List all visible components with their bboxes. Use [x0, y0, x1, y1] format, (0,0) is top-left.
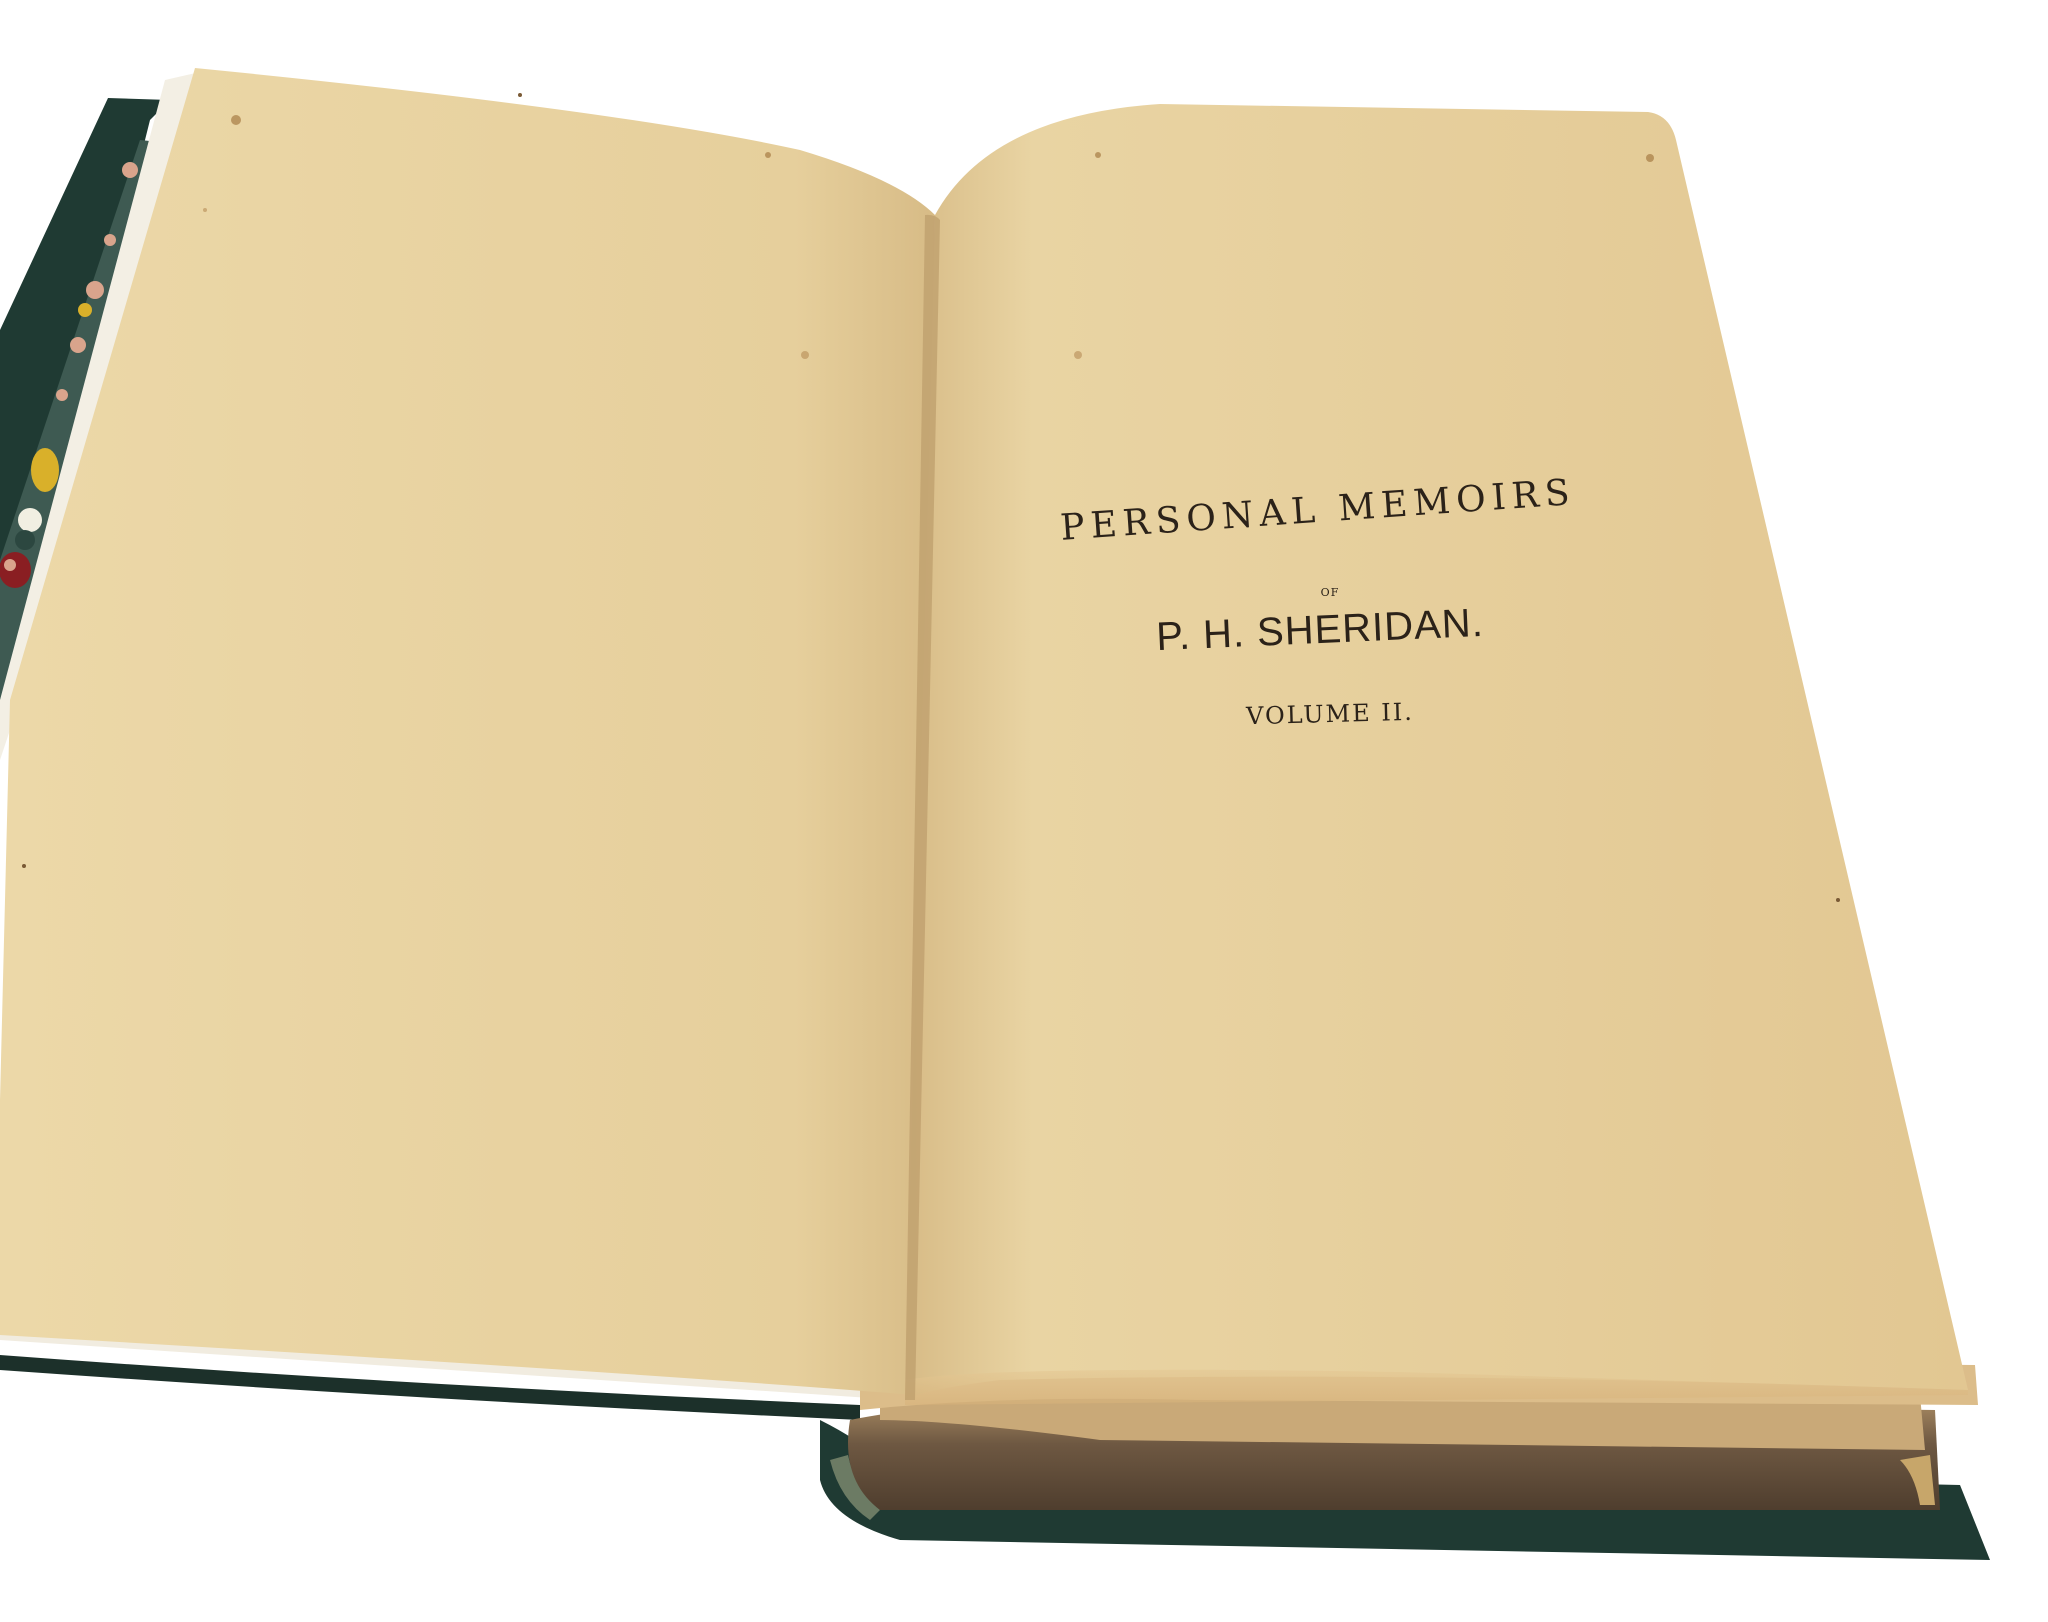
left-page [0, 68, 935, 1395]
book-photo: PERSONAL MEMOIRS OF P. H. SHERIDAN. VOLU… [0, 0, 2048, 1622]
book-illustration [0, 0, 2048, 1622]
right-page [905, 104, 1968, 1400]
